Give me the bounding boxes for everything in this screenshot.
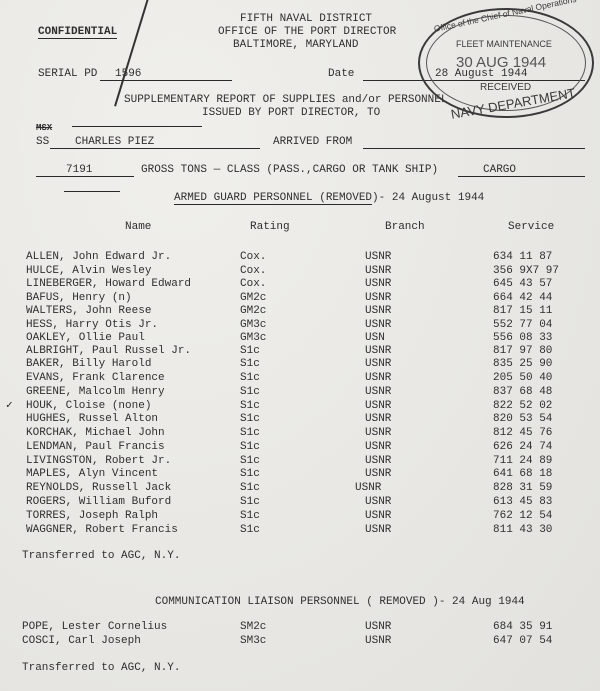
- checkmark-icon: ✓: [6, 400, 13, 413]
- name-cell: REYNOLDS, Russell Jack: [26, 482, 171, 495]
- service-cell: 641 68 18: [493, 468, 552, 481]
- service-cell: 664 42 44: [493, 292, 552, 305]
- branch-cell: USNR: [365, 400, 391, 413]
- service-cell: 820 53 54: [493, 413, 552, 426]
- name-cell: POPE, Lester Cornelius: [22, 621, 167, 634]
- table-row: HULCE, Alvin WesleyCox.USNR356 9X7 97: [0, 265, 600, 278]
- armed-guard-title: ARMED GUARD PERSONNEL (REMOVED)- 24 Augu…: [174, 192, 484, 204]
- branch-cell: USNR: [365, 510, 391, 523]
- rating-cell: S1c: [240, 510, 260, 523]
- table-row: EVANS, Frank ClarenceS1cUSNR205 50 40: [0, 372, 600, 385]
- branch-cell: USNR: [365, 635, 391, 648]
- col-header-name: Name: [125, 221, 151, 233]
- struck-line: [72, 126, 202, 127]
- branch-cell: USNR: [365, 372, 391, 385]
- service-cell: 711 24 89: [493, 455, 552, 468]
- service-cell: 205 50 40: [493, 372, 552, 385]
- branch-cell: USNR: [365, 413, 391, 426]
- rating-cell: GM3c: [240, 319, 266, 332]
- name-cell: BAKER, Billy Harold: [26, 358, 151, 371]
- comm-liaison-transfer-note: Transferred to AGC, N.Y.: [22, 662, 180, 674]
- rating-cell: S1c: [240, 455, 260, 468]
- service-cell: 762 12 54: [493, 510, 552, 523]
- gross-tons-underline: [36, 176, 134, 177]
- service-cell: 645 43 57: [493, 278, 552, 291]
- table-row: COSCI, Carl JosephSM3cUSNR647 07 54: [0, 635, 600, 648]
- service-cell: 613 45 83: [493, 496, 552, 509]
- table-row: HESS, Harry Otis Jr.GM3cUSNR552 77 04: [0, 319, 600, 332]
- branch-cell: USNR: [365, 386, 391, 399]
- table-row: BAFUS, Henry (n)GM2cUSNR664 42 44: [0, 292, 600, 305]
- serial-underline: [100, 80, 232, 81]
- rating-cell: Cox.: [240, 278, 266, 291]
- document-page: CONFIDENTIAL FIFTH NAVAL DISTRICT OFFICE…: [0, 0, 600, 691]
- branch-cell: USNR: [365, 427, 391, 440]
- rating-cell: S1c: [240, 400, 260, 413]
- class-underline: [458, 176, 585, 177]
- service-cell: 684 35 91: [493, 621, 552, 634]
- table-row: OAKLEY, Ollie PaulGM3cUSN556 08 33: [0, 332, 600, 345]
- table-row: WALTERS, John ReeseGM2cUSNR817 15 11: [0, 305, 600, 318]
- table-row: BAKER, Billy HaroldS1cUSNR835 25 90: [0, 358, 600, 371]
- branch-cell: USNR: [365, 524, 391, 537]
- branch-cell: USNR: [365, 468, 391, 481]
- service-cell: 552 77 04: [493, 319, 552, 332]
- rating-cell: S1c: [240, 496, 260, 509]
- table-row: TORRES, Joseph RalphS1cUSNR762 12 54: [0, 510, 600, 523]
- name-cell: ALLEN, John Edward Jr.: [26, 251, 171, 264]
- branch-cell: USNR: [365, 455, 391, 468]
- rating-cell: S1c: [240, 345, 260, 358]
- pen-stroke-mark: [114, 0, 149, 106]
- name-cell: LINEBERGER, Howard Edward: [26, 278, 191, 291]
- vessel-name: CHARLES PIEZ: [75, 136, 154, 148]
- table-row: POPE, Lester CorneliusSM2cUSNR684 35 91: [0, 621, 600, 634]
- name-cell: WAGGNER, Robert Francis: [26, 524, 178, 537]
- table-row: ALBRIGHT, Paul Russel Jr.S1cUSNR817 97 8…: [0, 345, 600, 358]
- rating-cell: S1c: [240, 441, 260, 454]
- rating-cell: S1c: [240, 358, 260, 371]
- class-value: CARGO: [483, 164, 516, 176]
- rating-cell: S1c: [240, 386, 260, 399]
- rating-cell: SM3c: [240, 635, 266, 648]
- rating-cell: GM3c: [240, 332, 266, 345]
- table-row: HUGHES, Russel AltonS1cUSNR820 53 54: [0, 413, 600, 426]
- name-cell: HULCE, Alvin Wesley: [26, 265, 151, 278]
- vessel-underline: [50, 148, 260, 149]
- armed-guard-date: )- 24 August 1944: [372, 192, 484, 204]
- rating-cell: S1c: [240, 468, 260, 481]
- name-cell: OAKLEY, Ollie Paul: [26, 332, 145, 345]
- branch-cell: USNR: [365, 305, 391, 318]
- rating-cell: S1c: [240, 413, 260, 426]
- branch-cell: USN: [365, 332, 385, 345]
- report-title-line-1: SUPPLEMENTARY REPORT OF SUPPLIES and/or …: [124, 94, 447, 106]
- name-cell: ROGERS, William Buford: [26, 496, 171, 509]
- name-cell: HESS, Harry Otis Jr.: [26, 319, 158, 332]
- service-cell: 837 68 48: [493, 386, 552, 399]
- arrived-from-underline: [363, 148, 585, 149]
- rating-cell: S1c: [240, 427, 260, 440]
- rating-cell: S1c: [240, 482, 260, 495]
- serial-label: SERIAL PD: [38, 68, 97, 80]
- table-row: LINEBERGER, Howard EdwardCox.USNR645 43 …: [0, 278, 600, 291]
- table-row: REYNOLDS, Russell JackS1cUSNR828 31 59: [0, 482, 600, 495]
- name-cell: HOUK, Cloise (none): [26, 400, 151, 413]
- date-label: Date: [328, 68, 354, 80]
- table-row: LENDMAN, Paul FrancisS1cUSNR626 24 74: [0, 441, 600, 454]
- branch-cell: USNR: [365, 278, 391, 291]
- armed-guard-title-text: ARMED GUARD PERSONNEL (: [174, 192, 326, 205]
- service-cell: 647 07 54: [493, 635, 552, 648]
- received-stamp: Office of the Chief of Naval Operations …: [418, 8, 594, 118]
- col-header-service: Service: [508, 221, 554, 233]
- gross-tons-value: 7191: [66, 164, 92, 176]
- office-line-2: OFFICE OF THE PORT DIRECTOR: [218, 26, 396, 38]
- name-cell: EVANS, Frank Clarence: [26, 372, 165, 385]
- report-title-line-2: ISSUED BY PORT DIRECTOR, TO: [202, 107, 380, 119]
- branch-cell: USNR: [365, 496, 391, 509]
- branch-cell: USNR: [365, 345, 391, 358]
- struck-mark: [64, 191, 120, 192]
- service-cell: 828 31 59: [493, 482, 552, 495]
- rating-cell: SM2c: [240, 621, 266, 634]
- table-row: ROGERS, William BufordS1cUSNR613 45 83: [0, 496, 600, 509]
- rating-cell: Cox.: [240, 265, 266, 278]
- office-line-1: FIFTH NAVAL DISTRICT: [240, 13, 372, 25]
- branch-cell: USNR: [365, 621, 391, 634]
- name-cell: COSCI, Carl Joseph: [22, 635, 141, 648]
- name-cell: ALBRIGHT, Paul Russel Jr.: [26, 345, 191, 358]
- armed-guard-status: REMOVED: [326, 192, 372, 205]
- name-cell: BAFUS, Henry (n): [26, 292, 132, 305]
- branch-cell: USNR: [365, 319, 391, 332]
- branch-cell: USNR: [365, 251, 391, 264]
- service-cell: 356 9X7 97: [493, 265, 559, 278]
- branch-cell: USNR: [365, 441, 391, 454]
- service-cell: 811 43 30: [493, 524, 552, 537]
- rating-cell: S1c: [240, 524, 260, 537]
- table-row: ALLEN, John Edward Jr.Cox.USNR634 11 87: [0, 251, 600, 264]
- name-cell: WALTERS, John Reese: [26, 305, 151, 318]
- comm-liaison-title: COMMUNICATION LIAISON PERSONNEL ( REMOVE…: [155, 596, 525, 608]
- rating-cell: GM2c: [240, 305, 266, 318]
- name-cell: LENDMAN, Paul Francis: [26, 441, 165, 454]
- service-cell: 835 25 90: [493, 358, 552, 371]
- rating-cell: Cox.: [240, 251, 266, 264]
- office-line-3: BALTIMORE, MARYLAND: [233, 39, 358, 51]
- serial-value: 1596: [115, 68, 141, 80]
- table-row: WAGGNER, Robert FrancisS1cUSNR811 43 30: [0, 524, 600, 537]
- stamp-line-2: RECEIVED: [480, 82, 531, 93]
- table-row: ✓HOUK, Cloise (none)S1cUSNR822 52 02: [0, 400, 600, 413]
- name-cell: TORRES, Joseph Ralph: [26, 510, 158, 523]
- col-header-rating: Rating: [250, 221, 290, 233]
- service-cell: 822 52 02: [493, 400, 552, 413]
- branch-cell: USNR: [365, 358, 391, 371]
- name-cell: MAPLES, Alyn Vincent: [26, 468, 158, 481]
- name-cell: GREENE, Malcolm Henry: [26, 386, 165, 399]
- classification-label: CONFIDENTIAL: [38, 26, 117, 39]
- service-cell: 626 24 74: [493, 441, 552, 454]
- branch-cell: USNR: [365, 292, 391, 305]
- branch-cell: USNR: [355, 482, 381, 495]
- arrived-from-label: ARRIVED FROM: [273, 136, 352, 148]
- vessel-prefix: SS: [36, 136, 49, 148]
- service-cell: 817 15 11: [493, 305, 552, 318]
- armed-guard-transfer-note: Transferred to AGC, N.Y.: [22, 550, 180, 562]
- rating-cell: GM2c: [240, 292, 266, 305]
- service-cell: 634 11 87: [493, 251, 552, 264]
- service-cell: 812 45 76: [493, 427, 552, 440]
- struck-prefix: MSX: [36, 122, 52, 134]
- table-row: GREENE, Malcolm HenryS1cUSNR837 68 48: [0, 386, 600, 399]
- service-cell: 817 97 80: [493, 345, 552, 358]
- service-cell: 556 08 33: [493, 332, 552, 345]
- branch-cell: USNR: [365, 265, 391, 278]
- stamp-line-1: FLEET MAINTENANCE: [456, 39, 552, 49]
- name-cell: HUGHES, Russel Alton: [26, 413, 158, 426]
- col-header-branch: Branch: [385, 221, 425, 233]
- stamp-date: 30 AUG 1944: [456, 54, 546, 71]
- table-row: KORCHAK, Michael JohnS1cUSNR812 45 76: [0, 427, 600, 440]
- name-cell: KORCHAK, Michael John: [26, 427, 165, 440]
- rating-cell: S1c: [240, 372, 260, 385]
- gross-tons-label: GROSS TONS — CLASS (PASS.,CARGO OR TANK …: [141, 164, 438, 176]
- table-row: LIVINGSTON, Robert Jr.S1cUSNR711 24 89: [0, 455, 600, 468]
- table-row: MAPLES, Alyn VincentS1cUSNR641 68 18: [0, 468, 600, 481]
- name-cell: LIVINGSTON, Robert Jr.: [26, 455, 171, 468]
